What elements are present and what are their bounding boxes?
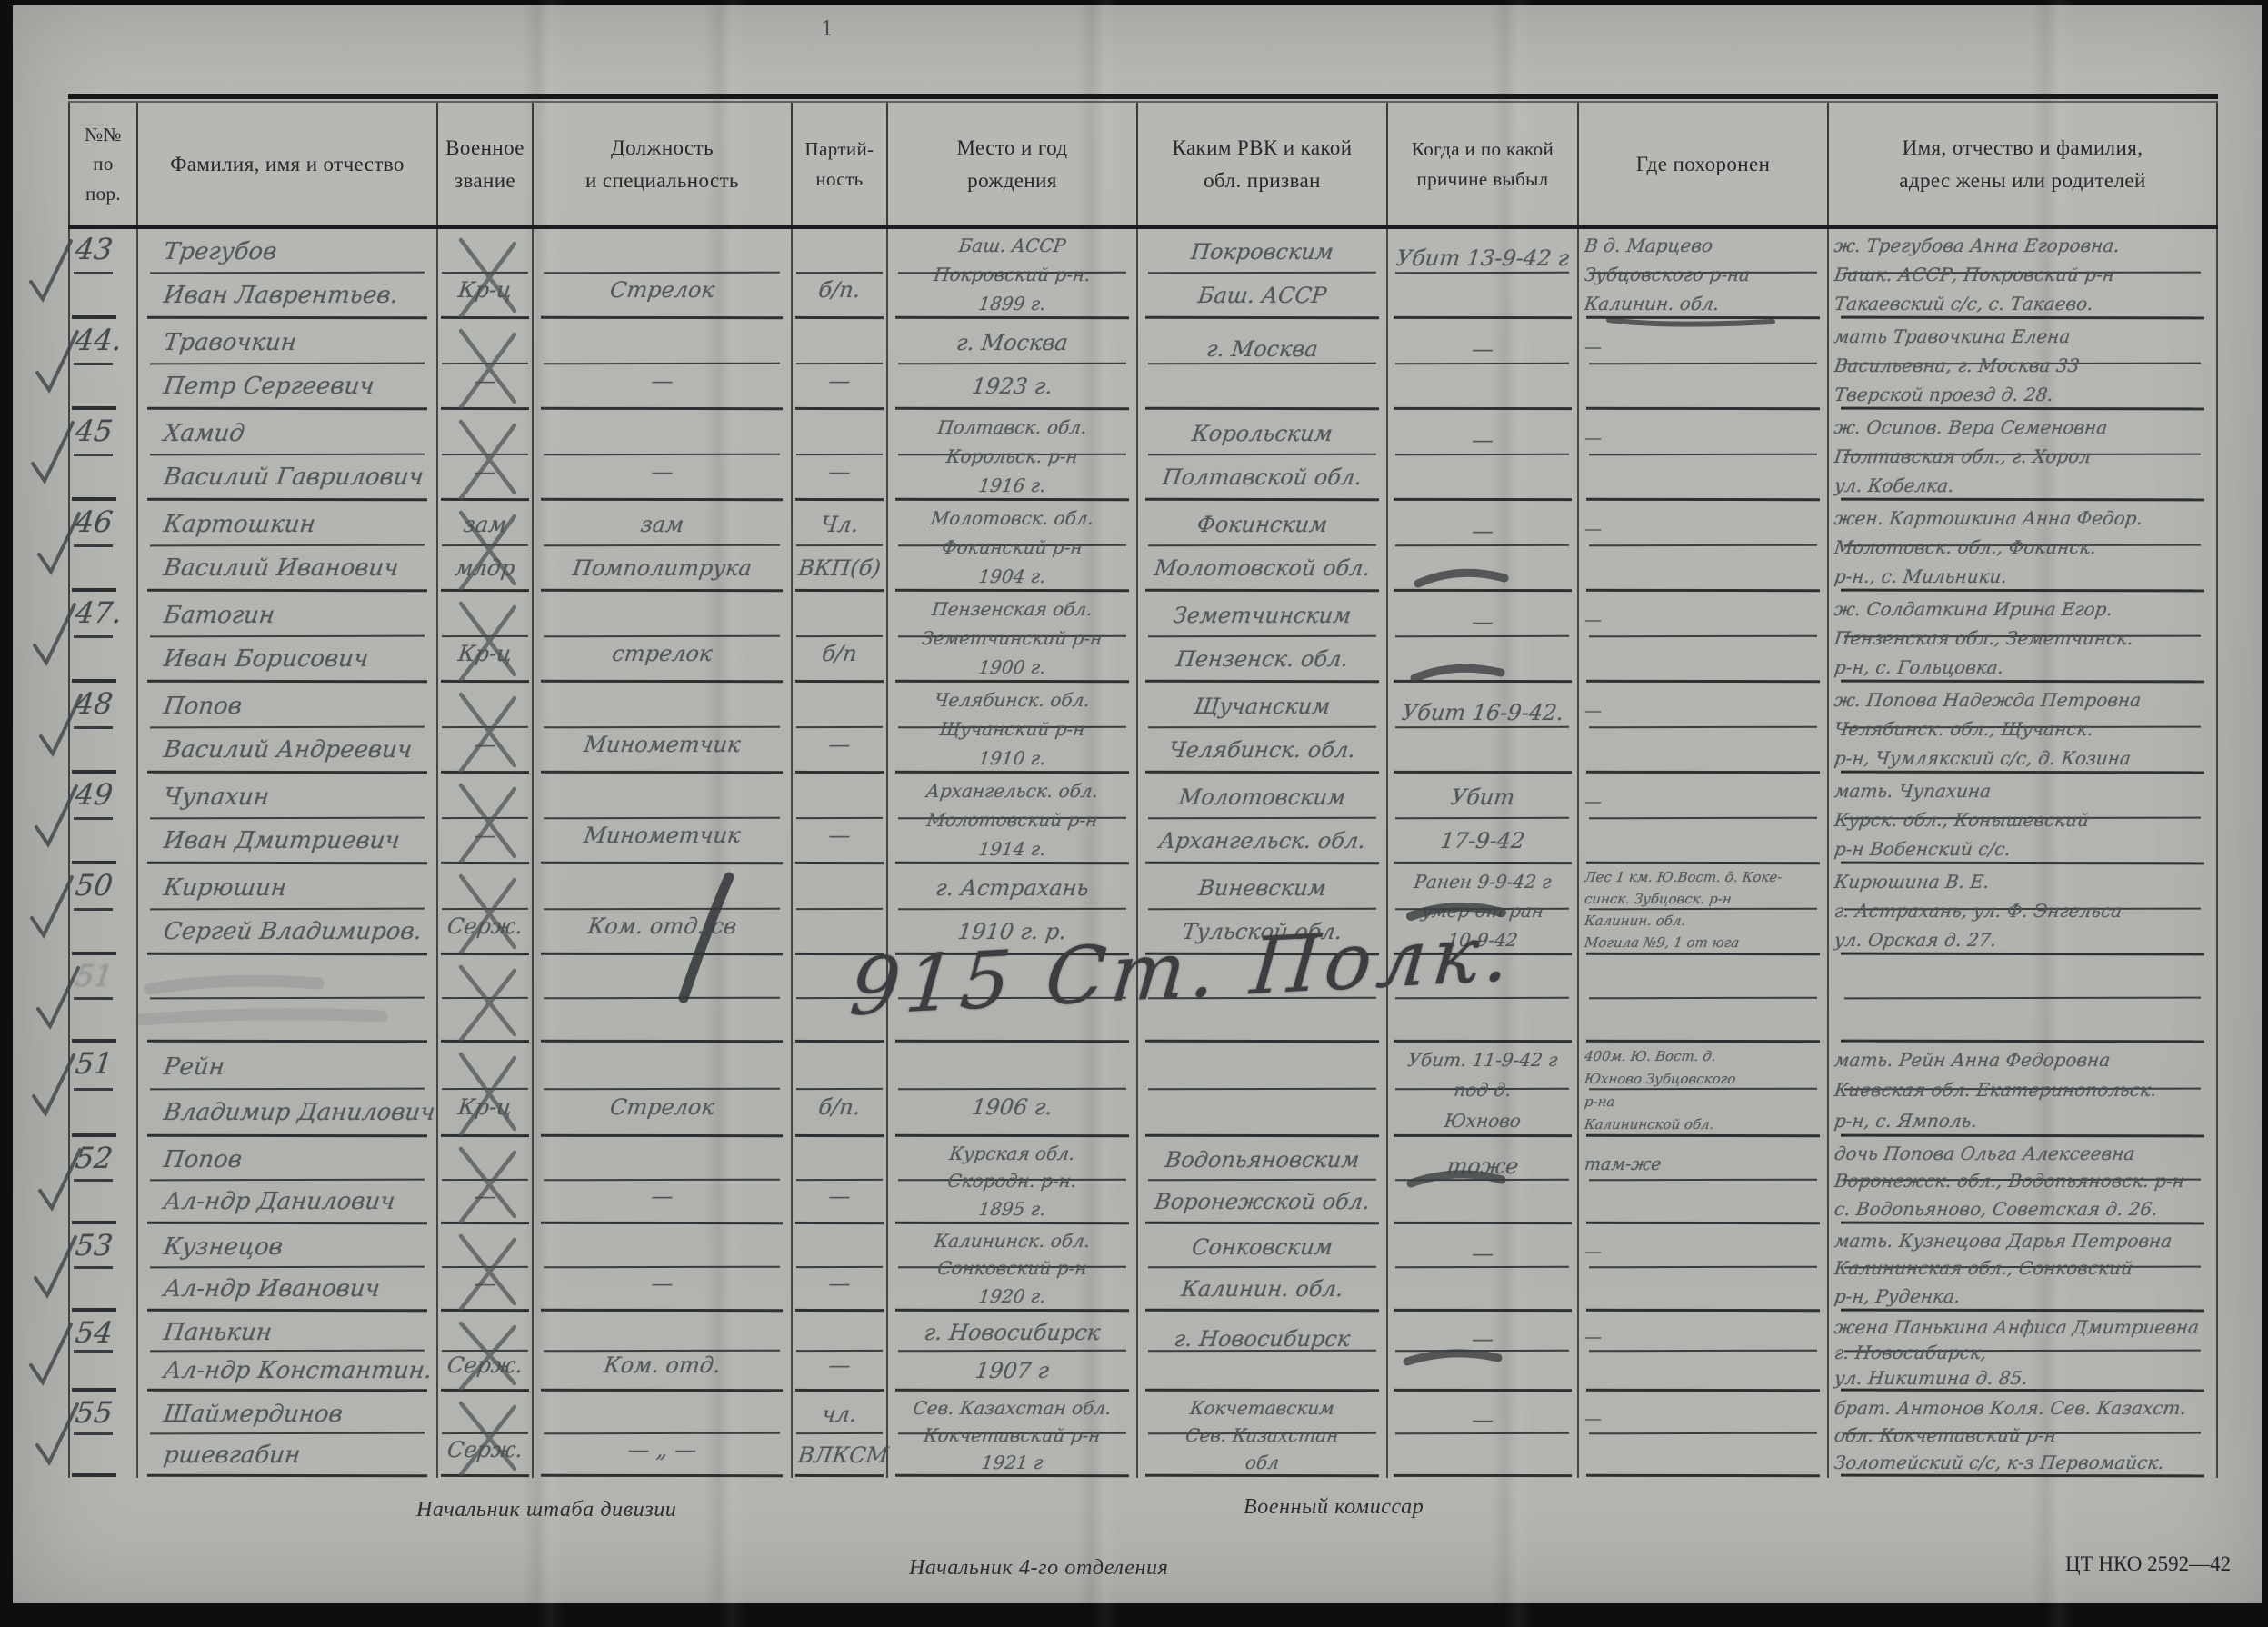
handwritten-entry-line: Трегубов [162,240,432,265]
burial-place-cell: 400м. Ю. Вост. д.Юхново Зубцовскогор-наК… [1577,1043,1827,1138]
handwritten-entry-line: Ал-ндр Данилович [162,1190,432,1214]
handwritten-entry-line: 1920 г. [893,1287,1133,1306]
column-header-family-address: Имя, отчество и фамилия, адрес жены или … [1827,103,2218,225]
name-cell: КирюшинСергей Владимиров. [136,865,436,956]
name-cell: ПоповВасилий Андреевич [136,684,436,774]
casualty-cell: — [1386,502,1577,593]
handwritten-entry-line: Молотовский р-н [893,811,1133,830]
burial-place-cell [1577,956,1827,1043]
birthplace-cell: Курская обл.Скородн. р-н.1895 г. [886,1138,1136,1225]
burial-place-cell: — [1577,1392,1827,1478]
name-cell: КартошкинВасилий Иванович [136,502,436,593]
handwritten-entry-line: — [1584,339,1823,357]
burial-place-cell: — [1577,774,1827,865]
name-cell: Шаймердиновршевгабин [136,1392,436,1478]
handwritten-entry-line: 1923 г. [892,375,1132,398]
name-cell: ПанькинАл-ндр Константин. [136,1313,436,1392]
handwritten-entry-line: 43 [74,235,133,265]
handwritten-entry-line: Панькин [162,1321,432,1345]
row-number-cell: 43 [68,229,136,320]
handwritten-entry-line: Полтавская обл., г. Хорол [1833,447,2213,466]
handwritten-entry-line: 17-9-42 [1392,830,1573,853]
column-header-birth: Место и год рождения [886,103,1136,225]
handwritten-entry-line: — [442,1273,527,1295]
table-row: 55 Шаймердиновршевгабин Серж. — „ — чл.В… [68,1392,2218,1478]
handwritten-entry-line: зам [537,514,786,536]
rank-cell: Серж. [436,865,532,956]
party-cell: Чл.ВКП(б) [791,502,886,593]
handwritten-entry-line: р-н., с. Мильники. [1833,567,2213,586]
draft-office-cell: КорольскимПолтавской обл. [1136,411,1386,502]
position-cell: Стрелок [532,1043,791,1138]
signature-line-4th-section-chief: Начальник 4-го отделения [909,1556,1168,1581]
handwritten-entry-line: В д. Марцево [1584,236,1823,255]
handwritten-entry-line: Курск. обл., Конышевский [1833,811,2213,830]
handwritten-entry-line: г. Москва [892,332,1132,354]
rank-cell: Серж. [436,1392,532,1478]
handwritten-entry-line: Васильевна, г. Москва 33 [1833,356,2213,375]
draft-office-cell: ЗеметчинскимПензенск. обл. [1136,593,1386,684]
handwritten-entry-line: Челябинск. обл., Щучанск. [1833,720,2213,739]
handwritten-entry-line: — [442,370,527,393]
page-corner-mark: 1 [821,18,834,41]
handwritten-entry-line: — [796,1273,882,1295]
handwritten-entry-line: Юхново [1393,1112,1574,1131]
handwritten-entry-line: б/п [796,643,882,665]
handwritten-entry-line: — [442,461,527,484]
handwritten-entry-line: Киевская обл. Екатеринопольск. [1833,1081,2213,1100]
handwritten-entry-line: Молотовской обл. [1142,557,1382,580]
handwritten-entry-line: Хамид [162,422,432,446]
handwritten-entry-line: Ком. отд. св [537,915,786,938]
family-address-cell: жен. Картошкина Анна Федор.Молотовск. об… [1827,502,2218,593]
handwritten-entry-line: Архангельск. обл. [893,782,1133,801]
handwritten-entry-line: Василий Гаврилович [162,465,432,490]
birthplace-cell: Баш. АССРПокровский р-н.1899 г. [886,229,1136,320]
column-header-position: Должность и специальность [532,103,791,225]
handwritten-entry-line: Воронежск. обл., Водопьяновск. р-н [1833,1172,2213,1191]
burial-place-cell: Лес 1 км. Ю.Вост. д. Коке-синск. Зубцовс… [1577,865,1827,956]
name-cell: ХамидВасилий Гаврилович [136,411,436,502]
handwritten-entry-line: — [1584,612,1823,630]
handwritten-entry-line: Корольск. р-н [893,447,1133,466]
handwritten-entry-line: Убит. 11-9-42 г [1393,1051,1574,1070]
table-row: 47. БатогинИван Борисович Кр-ц стрелок б… [68,593,2218,684]
party-cell: б/п. [791,1043,886,1138]
family-address-cell: мать Травочкина ЕленаВасильевна, г. Моск… [1827,320,2218,411]
handwritten-entry-line: там-же [1584,1156,1823,1174]
handwritten-entry-line: Серж. [442,915,527,938]
handwritten-entry-line: 1914 г. [893,840,1133,859]
party-cell: чл.ВЛКСМ [791,1392,886,1478]
handwritten-entry-line: — [796,461,882,484]
handwritten-entry-line: ВЛКСМ [796,1444,882,1467]
handwritten-entry-line: Попов [162,694,432,719]
handwritten-entry-line: — [1584,794,1823,812]
handwritten-entry-line: Убит 16-9-42. [1392,702,1573,724]
handwritten-entry-line: брат. Антонов Коля. Сев. Казахст. [1833,1399,2213,1418]
handwritten-entry-line: р-н, Чумлякский с/с, д. Козина [1833,749,2213,768]
draft-office-cell: г. Москва [1136,320,1386,411]
position-cell: Ком. отд. [532,1313,791,1392]
draft-office-cell: КокчетавскимСев. Казахстанобл [1136,1392,1386,1478]
name-cell: БатогинИван Борисович [136,593,436,684]
handwritten-entry-line: 55 [74,1398,133,1429]
family-address-cell: мать. ЧупахинаКурск. обл., Конышевскийр-… [1827,774,2218,865]
handwritten-entry-line: Иван Борисович [162,647,432,672]
birthplace-cell: Полтавск. обл.Корольск. р-н1916 г. [886,411,1136,502]
handwritten-entry-line: Убит [1392,786,1573,809]
family-address-cell: Кирюшина В. Е.г. Астрахань, ул. Ф. Энгел… [1827,865,2218,956]
table-row: 48 ПоповВасилий Андреевич — Минометчик —… [68,684,2218,774]
handwritten-entry-line: 47. [74,598,133,629]
handwritten-entry-line: Сев. Казахстан обл. [893,1399,1133,1418]
handwritten-entry-line: р-на [1584,1095,1823,1110]
handwritten-entry-line: под д. [1393,1081,1574,1100]
casualty-cell: — [1386,1225,1577,1313]
rank-cell: Кр-ц [436,593,532,684]
handwritten-entry-line: — [1392,1243,1573,1265]
handwritten-entry-line: Щучанский р-н [893,720,1133,739]
handwritten-entry-line: Ком. отд. [537,1354,786,1377]
handwritten-entry-line: ж. Попова Надежда Петровна [1833,691,2213,710]
position-cell: — [532,411,791,502]
handwritten-entry-line: Башк. АССР, Покровский р-н [1833,265,2213,284]
row-number-cell: 47. [68,593,136,684]
party-cell: — [791,774,886,865]
handwritten-entry-line: 1899 г. [893,294,1133,314]
handwritten-entry-line: б/п. [796,279,882,302]
position-cell: Ком. отд. св [532,865,791,956]
position-cell: стрелок [532,593,791,684]
handwritten-entry-line: Василий Андреевич [162,738,432,763]
handwritten-entry-line: 50 [74,871,133,902]
birthplace-cell: Молотовск. обл.Фокинский р-н1904 г. [886,502,1136,593]
handwritten-entry-line: Калинин. обл. [1584,914,1823,929]
handwritten-entry-line: Юхново Зубцовского [1584,1073,1823,1087]
handwritten-entry-line: Фокинский р-н [893,538,1133,557]
handwritten-entry-line: — [1392,1409,1573,1432]
handwritten-entry-line: — [1584,1411,1823,1429]
handwritten-entry-line: Сонковский р-н [893,1259,1133,1278]
name-cell: ПоповАл-ндр Данилович [136,1138,436,1225]
handwritten-entry-line: Тверской проезд д. 28. [1833,385,2213,404]
birthplace-cell: Архангельск. обл.Молотовский р-н1914 г. [886,774,1136,865]
handwritten-entry-line: — [796,734,882,756]
draft-office-cell: г. Новосибирск [1136,1313,1386,1392]
handwritten-entry-line: Зубцовского р-на [1584,265,1823,284]
handwritten-entry-line: мать Травочкина Елена [1833,327,2213,346]
handwritten-entry-line: — [1392,429,1573,452]
handwritten-entry-line: г. Астрахань [892,877,1132,900]
handwritten-entry-line: Земетчинским [1142,604,1382,627]
birthplace-cell: 1906 г. [886,1043,1136,1138]
row-number-cell: 51 [68,956,136,1043]
casualty-cell: — [1386,1392,1577,1478]
handwritten-entry-line: синск. Зубцовск. р-н [1584,893,1823,907]
family-address-cell: ж. Осипов. Вера СеменовнаПолтавская обл.… [1827,411,2218,502]
table-row: 51 РейнВладимир Данилович Кр-ц Стрелок б… [68,1043,2218,1138]
handwritten-entry-line: р-н, Руденка. [1833,1287,2213,1306]
handwritten-entry-line: Золотейский с/с, к-з Первомайск. [1833,1453,2213,1472]
column-header-rank: Военное звание [436,103,532,225]
form-code: ЦТ НКО 2592—42 [2065,1552,2231,1576]
handwritten-entry-line: Пензенск. обл. [1142,648,1382,671]
handwritten-entry-line: — [796,824,882,847]
handwritten-entry-line: — [1392,338,1573,361]
rank-cell: заммлдр [436,502,532,593]
row-number-cell: 54 [68,1313,136,1392]
handwritten-entry-line: зам [442,514,527,536]
handwritten-entry-line: Полтавской обл. [1142,466,1382,489]
handwritten-entry-line: Травочкин [162,331,432,355]
handwritten-entry-line: Такаевский с/с, с. Такаево. [1833,294,2213,314]
party-cell: — [791,411,886,502]
row-number-cell: 51 [68,1043,136,1138]
handwritten-entry-line: Виневским [1142,877,1382,900]
handwritten-entry-line: 1904 г. [893,567,1133,586]
handwritten-entry-line: Стрелок [537,1096,786,1119]
column-header-party: Партий- ность [791,103,886,225]
family-address-cell: дочь Попова Ольга АлексеевнаВоронежск. о… [1827,1138,2218,1225]
draft-office-cell: ЩучанскимЧелябинск. обл. [1136,684,1386,774]
handwritten-entry-line: — [1584,703,1823,721]
handwritten-entry-line: Картошкин [162,513,432,537]
name-cell: ЧупахинИван Дмитриевич [136,774,436,865]
column-header-fate: Когда и по какой причине выбыл [1386,103,1577,225]
handwritten-entry-line: 52 [74,1143,133,1174]
handwritten-entry-line: Баш. АССР [893,236,1133,255]
position-cell: замПомполитрука [532,502,791,593]
handwritten-entry-line: Молотовск. обл., Фокинск. [1833,538,2213,557]
name-cell: РейнВладимир Данилович [136,1043,436,1138]
handwritten-entry-line: р-н, с. Гольцовка. [1833,658,2213,677]
scanned-casualty-list-page: 1 №№ по пор. Фамилия, имя и отчество Вое… [0,0,2268,1627]
handwritten-entry-line: — [1584,430,1823,448]
rank-cell: Кр-ц [436,229,532,320]
handwritten-entry-line: Калининской обл. [1584,1118,1823,1133]
name-cell: ТрегубовИван Лаврентьев. [136,229,436,320]
birthplace-cell: Пензенская обл.Земетчинский р-н1900 г. [886,593,1136,684]
position-cell: Минометчик [532,774,791,865]
column-header-rvk: Каким РВК и какой обл. призван [1136,103,1386,225]
handwritten-entry-line: 1910 г. [893,749,1133,768]
handwritten-entry-line: Молотовск. обл. [893,509,1133,528]
birthplace-cell: Челябинск. обл.Щучанский р-н1910 г. [886,684,1136,774]
name-cell [136,956,436,1043]
column-header-name: Фамилия, имя и отчество [136,103,436,225]
burial-place-cell: — [1577,411,1827,502]
handwritten-entry-line: Покровским [1142,241,1382,264]
draft-office-cell: МолотовскимАрхангельск. обл. [1136,774,1386,865]
table-header-row: №№ по пор. Фамилия, имя и отчество Военн… [68,103,2218,229]
table-row: 53 КузнецовАл-ндр Иванович — — — Калинин… [68,1225,2218,1313]
handwritten-entry-line: Серж. [442,1354,527,1377]
handwritten-entry-line: — [442,734,527,756]
handwritten-entry-line: 51 [74,962,133,993]
handwritten-entry-line: Калинин. обл. [1584,294,1823,314]
handwritten-entry-line: Минометчик [537,734,786,756]
handwritten-entry-line: 54 [74,1318,133,1349]
handwritten-entry-line: 400м. Ю. Вост. д. [1584,1050,1823,1064]
rank-cell [436,956,532,1043]
rank-cell: — [436,1138,532,1225]
party-cell: — [791,684,886,774]
handwritten-entry-line: Помполитрука [537,557,786,580]
casualty-cell: Убит 16-9-42. [1386,684,1577,774]
rank-cell: — [436,684,532,774]
birthplace-cell: г. Москва1923 г. [886,320,1136,411]
burial-place-cell: — [1577,1313,1827,1392]
handwritten-entry-line: Кокчетавским [1143,1399,1383,1418]
rank-cell: — [436,320,532,411]
rank-cell: — [436,774,532,865]
handwritten-entry-line: Кирюшина В. Е. [1833,873,2213,892]
handwritten-entry-line: мать. Рейн Анна Федоровна [1833,1051,2213,1070]
handwritten-entry-line: Батогин [162,604,432,628]
handwritten-entry-line: Чупахин [162,785,432,810]
handwritten-entry-line: Водопьяновским [1142,1149,1382,1172]
draft-office-cell [1136,1043,1386,1138]
birthplace-cell: Калининск. обл.Сонковский р-н1920 г. [886,1225,1136,1313]
family-address-cell: ж. Солдаткина Ирина Егор.Пензенская обл.… [1827,593,2218,684]
family-address-cell: ж. Попова Надежда ПетровнаЧелябинск. обл… [1827,684,2218,774]
party-cell: б/п [791,593,886,684]
position-cell: Минометчик [532,684,791,774]
burial-place-cell: — [1577,320,1827,411]
handwritten-entry-line: Покровский р-н. [893,265,1133,284]
handwritten-entry-line: Щучанским [1142,695,1382,718]
handwritten-entry-line: 1900 г. [893,658,1133,677]
rank-cell: — [436,1225,532,1313]
handwritten-entry-line: ж. Трегубова Анна Егоровна. [1833,236,2213,255]
signature-line-chief-of-staff: Начальник штаба дивизии [416,1498,677,1522]
row-number-cell: 46 [68,502,136,593]
handwritten-entry-line: 1906 г. [892,1096,1132,1119]
handwritten-entry-line: Челябинск. обл. [893,691,1133,710]
handwritten-entry-line: Пензенская обл., Земетчинск. [1833,629,2213,648]
handwritten-entry-line: 1907 г [892,1360,1132,1382]
column-header-burial: Где похоронен [1577,103,1827,225]
handwritten-entry-line: Архангельск. обл. [1142,830,1382,853]
burial-place-cell: — [1577,1225,1827,1313]
casualty-cell: — [1386,593,1577,684]
handwritten-entry-line: тоже [1392,1155,1573,1178]
casualty-cell: Убит 13-9-42 г [1386,229,1577,320]
casualty-cell: тоже [1386,1138,1577,1225]
handwritten-entry-line: Кр-ц [442,1096,527,1119]
handwritten-entry-line: Скородн. р-н. [893,1172,1133,1191]
handwritten-entry-line: обл. Кокчетавский р-н [1833,1426,2213,1445]
row-number-cell: 44. [68,320,136,411]
handwritten-entry-line: 44. [74,325,133,356]
handwritten-entry-line: — [796,1185,882,1208]
handwritten-entry-line: 53 [74,1231,133,1262]
handwritten-entry-line: ршевгабин [162,1443,432,1468]
column-header-number: №№ по пор. [68,103,136,225]
handwritten-entry-line: ул. Никитина д. 85. [1833,1369,2213,1388]
handwritten-entry-line: Кузнецов [162,1235,432,1260]
handwritten-entry-line: мать. Кузнецова Дарья Петровна [1833,1232,2213,1251]
family-address-cell: мать. Рейн Анна ФедоровнаКиевская обл. Е… [1827,1043,2218,1138]
handwritten-entry-line: р-н Вобенский с/с. [1833,840,2213,859]
handwritten-entry-line: — [1392,1328,1573,1351]
handwritten-entry-line: — [537,370,786,393]
handwritten-entry-line: Челябинск. обл. [1142,739,1382,762]
handwritten-entry-line: ВКП(б) [796,557,882,580]
rank-cell: — [436,411,532,502]
handwritten-entry-line: с. Водопьяново, Советская д. 26. [1833,1200,2213,1219]
burial-place-cell: там-же [1577,1138,1827,1225]
handwritten-entry-line: — [442,1185,527,1208]
burial-place-cell: — [1577,684,1827,774]
handwritten-entry-line: Кр-ц [442,643,527,665]
family-address-cell: брат. Антонов Коля. Сев. Казахст.обл. Ко… [1827,1392,2218,1478]
handwritten-entry-line: — [1392,520,1573,543]
handwritten-entry-line: р-н, с. Ямполь. [1833,1112,2213,1131]
handwritten-entry-line: — [537,1185,786,1208]
handwritten-entry-line: — [442,824,527,847]
handwritten-entry-line: чл. [796,1403,882,1426]
handwritten-entry-line: Попов [162,1148,432,1173]
casualty-cell: — [1386,320,1577,411]
handwritten-entry-line: мать. Чупахина [1833,782,2213,801]
handwritten-entry-line: Сонковским [1142,1236,1382,1259]
handwritten-entry-line: Ал-ндр Иванович [162,1277,432,1302]
table-row: 49 ЧупахинИван Дмитриевич — Минометчик —… [68,774,2218,865]
handwritten-entry-line: Убит 13-9-42 г [1392,247,1573,270]
handwritten-entry-line: 1916 г. [893,476,1133,495]
handwritten-entry-line: ул. Орская д. 27. [1833,931,2213,950]
handwritten-entry-line: Корольским [1142,423,1382,445]
handwritten-entry-line: стрелок [537,643,786,665]
handwritten-entry-line: 49 [74,780,133,811]
handwritten-entry-line: Земетчинский р-н [893,629,1133,648]
handwritten-entry-line: Калинин. обл. [1142,1278,1382,1301]
handwritten-entry-line: Василий Иванович [162,556,432,581]
handwritten-entry-line: г. Новосибирск [1142,1328,1382,1351]
party-cell: б/п. [791,229,886,320]
rank-cell: Серж. [436,1313,532,1392]
row-number-cell: 45 [68,411,136,502]
signature-line-military-commissar: Военный комиссар [1244,1495,1424,1520]
name-cell: КузнецовАл-ндр Иванович [136,1225,436,1313]
table-row: 44. ТравочкинПетр Сергеевич — — — г. Мос… [68,320,2218,411]
position-cell: — „ — [532,1392,791,1478]
handwritten-entry-line: Рейн [162,1055,432,1080]
draft-office-cell: ВодопьяновскимВоронежской обл. [1136,1138,1386,1225]
handwritten-entry-line: Лес 1 км. Ю.Вост. д. Коке- [1584,871,1823,885]
position-cell [532,956,791,1043]
handwritten-entry-line: 48 [74,689,133,720]
table-row: 43 ТрегубовИван Лаврентьев. Кр-ц Стрелок… [68,229,2218,320]
handwritten-entry-line: 1895 г. [893,1200,1133,1219]
handwritten-entry-line: обл [1143,1453,1383,1472]
family-address-cell: мать. Кузнецова Дарья ПетровнаКалининска… [1827,1225,2218,1313]
handwritten-entry-line: Кирюшин [162,876,432,901]
handwritten-entry-line: Молотовским [1142,786,1382,809]
burial-place-cell: — [1577,593,1827,684]
table-body: 43 ТрегубовИван Лаврентьев. Кр-ц Стрелок… [68,229,2218,1478]
handwritten-entry-line: Иван Лаврентьев. [162,284,432,308]
handwritten-entry-line: млдр [442,557,527,580]
handwritten-entry-line: 1921 г [893,1453,1133,1472]
handwritten-entry-line: г. Астрахань, ул. Ф. Энгельса [1833,902,2213,921]
handwritten-entry-line: — [1392,611,1573,634]
handwritten-entry-line: Сев. Казахстан [1143,1426,1383,1445]
handwritten-entry-line: — [537,461,786,484]
handwritten-entry-line: — [1584,521,1823,539]
